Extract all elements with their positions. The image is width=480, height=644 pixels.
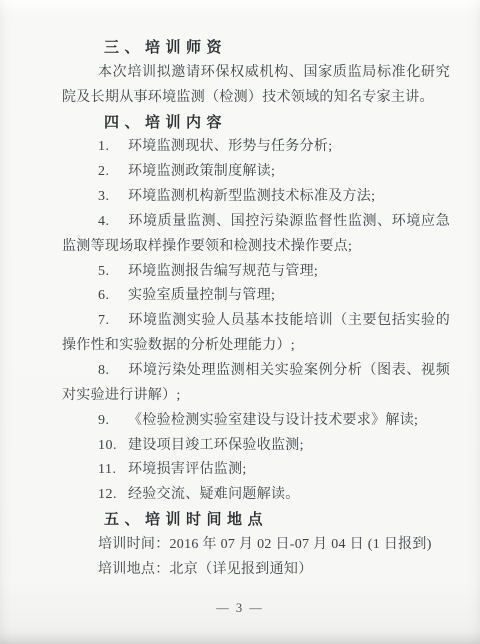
section-heading: 三、培训师资 [62, 36, 450, 61]
text-line: 3.环境监测机构新型监测技术标准及方法; [62, 185, 450, 210]
text-line: 培训时间：2016 年 07 月 02 日-07 月 04 日 (1 日报到) [62, 533, 450, 558]
line-text: 环境监测现状、形势与任务分析; [128, 139, 332, 154]
list-item-number: 5. [98, 260, 128, 285]
text-line: 4.环境质量监测、国控污染源监督性监测、环境应急 [62, 210, 450, 235]
text-line: 本次培训拟邀请环保权威机构、国家质监局标准化研究 [62, 61, 450, 86]
list-item-number: 7. [98, 309, 128, 334]
line-text: 监测等现场取样操作要领和检测技术操作要点; [62, 239, 352, 254]
line-text: 院及长期从事环境监测（检测）技术领域的知名专家主讲。 [62, 90, 434, 105]
section-heading: 五、培训时间地点 [62, 508, 450, 533]
line-text: 环境监测政策制度解读; [128, 164, 275, 179]
text-line: 8.环境污染处理监测相关实验案例分析（图表、视频 [62, 359, 450, 384]
line-text: 环境污染处理监测相关实验案例分析（图表、视频 [128, 363, 450, 378]
line-text: 《检验检测实验室建设与设计技术要求》解读; [128, 413, 418, 428]
line-text: 五、培训时间地点 [104, 512, 268, 528]
line-text: 对实验进行讲解）; [62, 388, 181, 403]
line-text: 操作性和实验数据的分析处理能力）; [62, 338, 295, 353]
text-line: 5.环境监测报告编写规范与管理; [62, 260, 450, 285]
list-item-number: 8. [98, 359, 128, 384]
page-number: — 3 — [0, 596, 480, 620]
text-line: 2.环境监测政策制度解读; [62, 160, 450, 185]
text-line: 1.环境监测现状、形势与任务分析; [62, 135, 450, 160]
text-line: 培训地点：北京（详见报到通知） [62, 558, 450, 583]
list-item-number: 6. [98, 284, 128, 309]
line-text: 建设项目竣工环保验收监测; [128, 438, 304, 453]
line-text: 四、培训内容 [104, 115, 227, 131]
text-line: 12.经验交流、疑难问题解读。 [62, 483, 450, 508]
line-text: 经验交流、疑难问题解读。 [128, 487, 300, 502]
line-text: 环境监测实验人员基本技能培训（主要包括实验的 [128, 313, 450, 328]
line-text: 培训地点：北京（详见报到通知） [98, 562, 313, 577]
line-text: 本次培训拟邀请环保权威机构、国家质监局标准化研究 [98, 65, 450, 80]
text-line: 10.建设项目竣工环保验收监测; [62, 434, 450, 459]
list-item-number: 11. [98, 458, 128, 483]
section-heading: 四、培训内容 [62, 111, 450, 136]
text-line: 7.环境监测实验人员基本技能培训（主要包括实验的 [62, 309, 450, 334]
list-item-number: 10. [98, 434, 128, 459]
text-line: 对实验进行讲解）; [62, 384, 450, 409]
text-line: 9.《检验检测实验室建设与设计技术要求》解读; [62, 409, 450, 434]
list-item-number: 4. [98, 210, 128, 235]
document-body: 三、培训师资本次培训拟邀请环保权威机构、国家质监局标准化研究院及长期从事环境监测… [62, 36, 450, 583]
list-item-number: 12. [98, 483, 128, 508]
line-text: 三、培训师资 [104, 40, 227, 56]
line-text: 环境质量监测、国控污染源监督性监测、环境应急 [128, 214, 450, 229]
list-item-number: 1. [98, 135, 128, 160]
line-text: 环境损害评估监测; [128, 462, 247, 477]
list-item-number: 9. [98, 409, 128, 434]
text-line: 院及长期从事环境监测（检测）技术领域的知名专家主讲。 [62, 86, 450, 111]
text-line: 监测等现场取样操作要领和检测技术操作要点; [62, 235, 450, 260]
document-page: 三、培训师资本次培训拟邀请环保权威机构、国家质监局标准化研究院及长期从事环境监测… [0, 0, 480, 644]
list-item-number: 2. [98, 160, 128, 185]
text-line: 操作性和实验数据的分析处理能力）; [62, 334, 450, 359]
line-text: 实验室质量控制与管理; [128, 288, 275, 303]
line-text: 培训时间：2016 年 07 月 02 日-07 月 04 日 (1 日报到) [98, 537, 432, 552]
text-line: 6.实验室质量控制与管理; [62, 284, 450, 309]
line-text: 环境监测报告编写规范与管理; [128, 264, 318, 279]
list-item-number: 3. [98, 185, 128, 210]
text-line: 11.环境损害评估监测; [62, 458, 450, 483]
line-text: 环境监测机构新型监测技术标准及方法; [128, 189, 375, 204]
